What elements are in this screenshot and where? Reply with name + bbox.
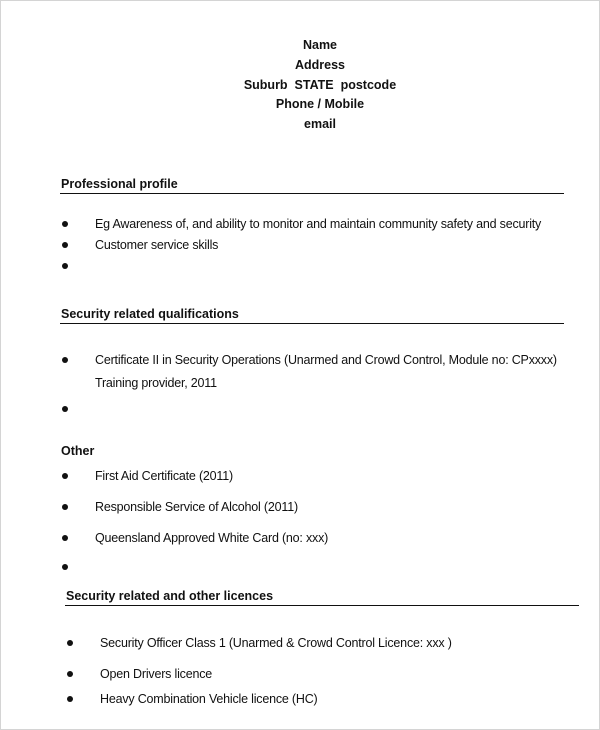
header-suburb-state-postcode: Suburb STATE postcode	[1, 78, 600, 92]
bullet-icon	[62, 564, 68, 570]
list-item: Certificate II in Security Operations (U…	[95, 353, 557, 367]
section-divider	[60, 323, 564, 324]
bullet-icon	[62, 242, 68, 248]
section-title-other: Other	[61, 444, 94, 458]
bullet-icon	[67, 671, 73, 677]
bullet-icon	[62, 406, 68, 412]
section-divider	[65, 605, 579, 606]
list-item: Queensland Approved White Card (no: xxx)	[95, 531, 328, 545]
bullet-icon	[62, 221, 68, 227]
section-title-qualifications: Security related qualifications	[61, 307, 239, 321]
list-item: Open Drivers licence	[100, 667, 212, 681]
bullet-icon	[67, 640, 73, 646]
header-address: Address	[1, 58, 600, 72]
resume-page: Name Address Suburb STATE postcode Phone…	[0, 0, 600, 730]
bullet-icon	[62, 263, 68, 269]
section-title-licences: Security related and other licences	[66, 589, 273, 603]
bullet-icon	[62, 535, 68, 541]
list-item: First Aid Certificate (2011)	[95, 469, 233, 483]
section-title-professional-profile: Professional profile	[61, 177, 178, 191]
list-item: Eg Awareness of, and ability to monitor …	[95, 217, 541, 231]
bullet-icon	[62, 473, 68, 479]
section-divider	[60, 193, 564, 194]
list-item: Customer service skills	[95, 238, 218, 252]
bullet-icon	[62, 357, 68, 363]
header-email: email	[1, 117, 600, 131]
list-item: Security Officer Class 1 (Unarmed & Crow…	[100, 636, 452, 650]
list-item: Heavy Combination Vehicle licence (HC)	[100, 692, 318, 706]
header-name: Name	[1, 38, 600, 52]
bullet-icon	[67, 696, 73, 702]
header-phone: Phone / Mobile	[1, 97, 600, 111]
list-item-subline: Training provider, 2011	[95, 376, 217, 390]
list-item: Responsible Service of Alcohol (2011)	[95, 500, 298, 514]
bullet-icon	[62, 504, 68, 510]
